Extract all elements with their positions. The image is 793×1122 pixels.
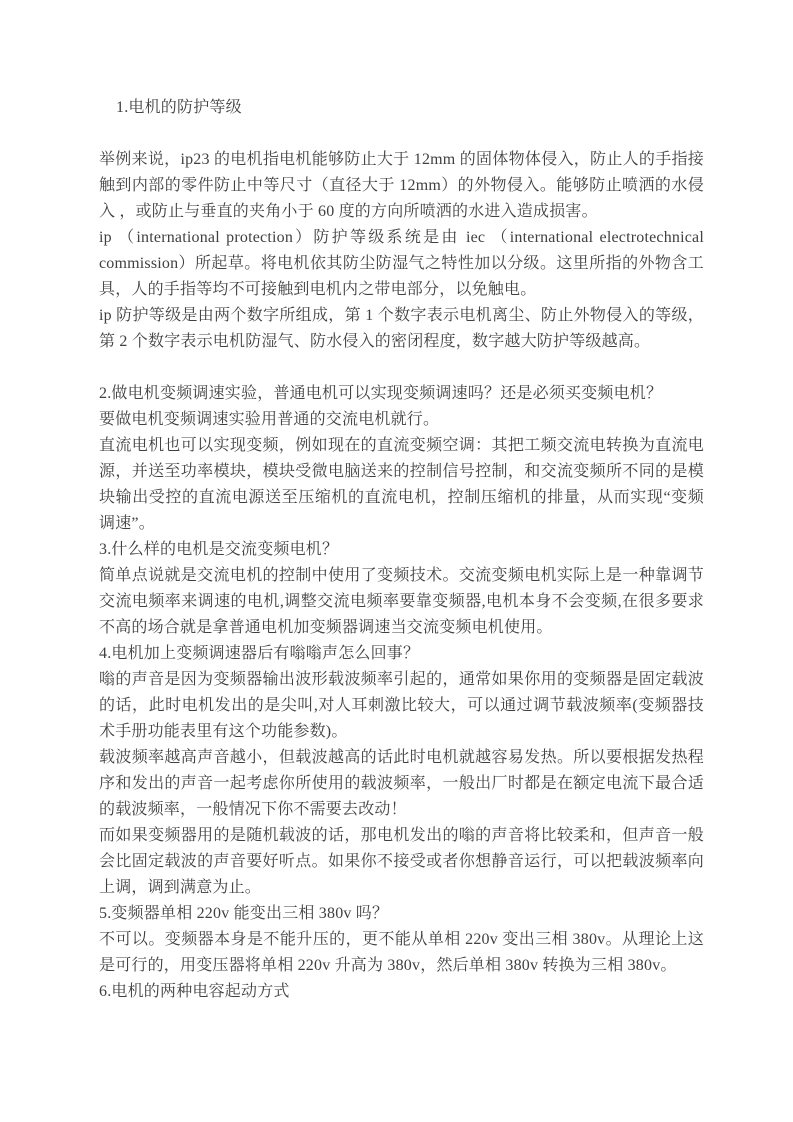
- paragraph: 不可以。变频器本身是不能升压的，更不能从单相 220v 变出三相 380v。从理…: [99, 927, 704, 979]
- paragraph: 6.电机的两种电容起动方式: [99, 979, 704, 1005]
- paragraph: ip （international protection）防护等级系统是由 ie…: [99, 225, 704, 303]
- document-page: 1.电机的防护等级举例来说，ip23 的电机指电机能够防止大于 12mm 的固体…: [0, 0, 793, 1122]
- paragraph: 2.做电机变频调速实验，普通电机可以实现变频调速吗？还是必须买变频电机？: [99, 381, 704, 407]
- document-body: 1.电机的防护等级举例来说，ip23 的电机指电机能够防止大于 12mm 的固体…: [0, 0, 793, 1005]
- blank-line: [99, 121, 704, 147]
- paragraph: 而如果变频器用的是随机载波的话，那电机发出的嗡的声音将比较柔和，但声音一般会比固…: [99, 823, 704, 901]
- paragraph: 5.变频器单相 220v 能变出三相 380v 吗？: [99, 901, 704, 927]
- paragraph: 直流电机也可以实现变频，例如现在的直流变频空调：其把工频交流电转换为直流电源，并…: [99, 433, 704, 537]
- paragraph: 3.什么样的电机是交流变频电机？: [99, 537, 704, 563]
- paragraph: 嗡的声音是因为变频器输出波形载波频率引起的，通常如果你用的变频器是固定载波的话，…: [99, 667, 704, 745]
- paragraph: ip 防护等级是由两个数字所组成，第 1 个数字表示电机离尘、防止外物侵入的等级…: [99, 303, 704, 355]
- section-heading: 1.电机的防护等级: [99, 95, 704, 121]
- paragraph: 举例来说，ip23 的电机指电机能够防止大于 12mm 的固体物体侵入，防止人的…: [99, 147, 704, 225]
- paragraph: 载波频率越高声音越小，但载波越高的话此时电机就越容易发热。所以要根据发热程序和发…: [99, 745, 704, 823]
- paragraph: 要做电机变频调速实验用普通的交流电机就行。: [99, 407, 704, 433]
- blank-line: [99, 355, 704, 381]
- paragraph: 4.电机加上变频调速器后有嗡嗡声怎么回事？: [99, 641, 704, 667]
- paragraph: 简单点说就是交流电机的控制中使用了变频技术。交流变频电机实际上是一种靠调节交流电…: [99, 563, 704, 641]
